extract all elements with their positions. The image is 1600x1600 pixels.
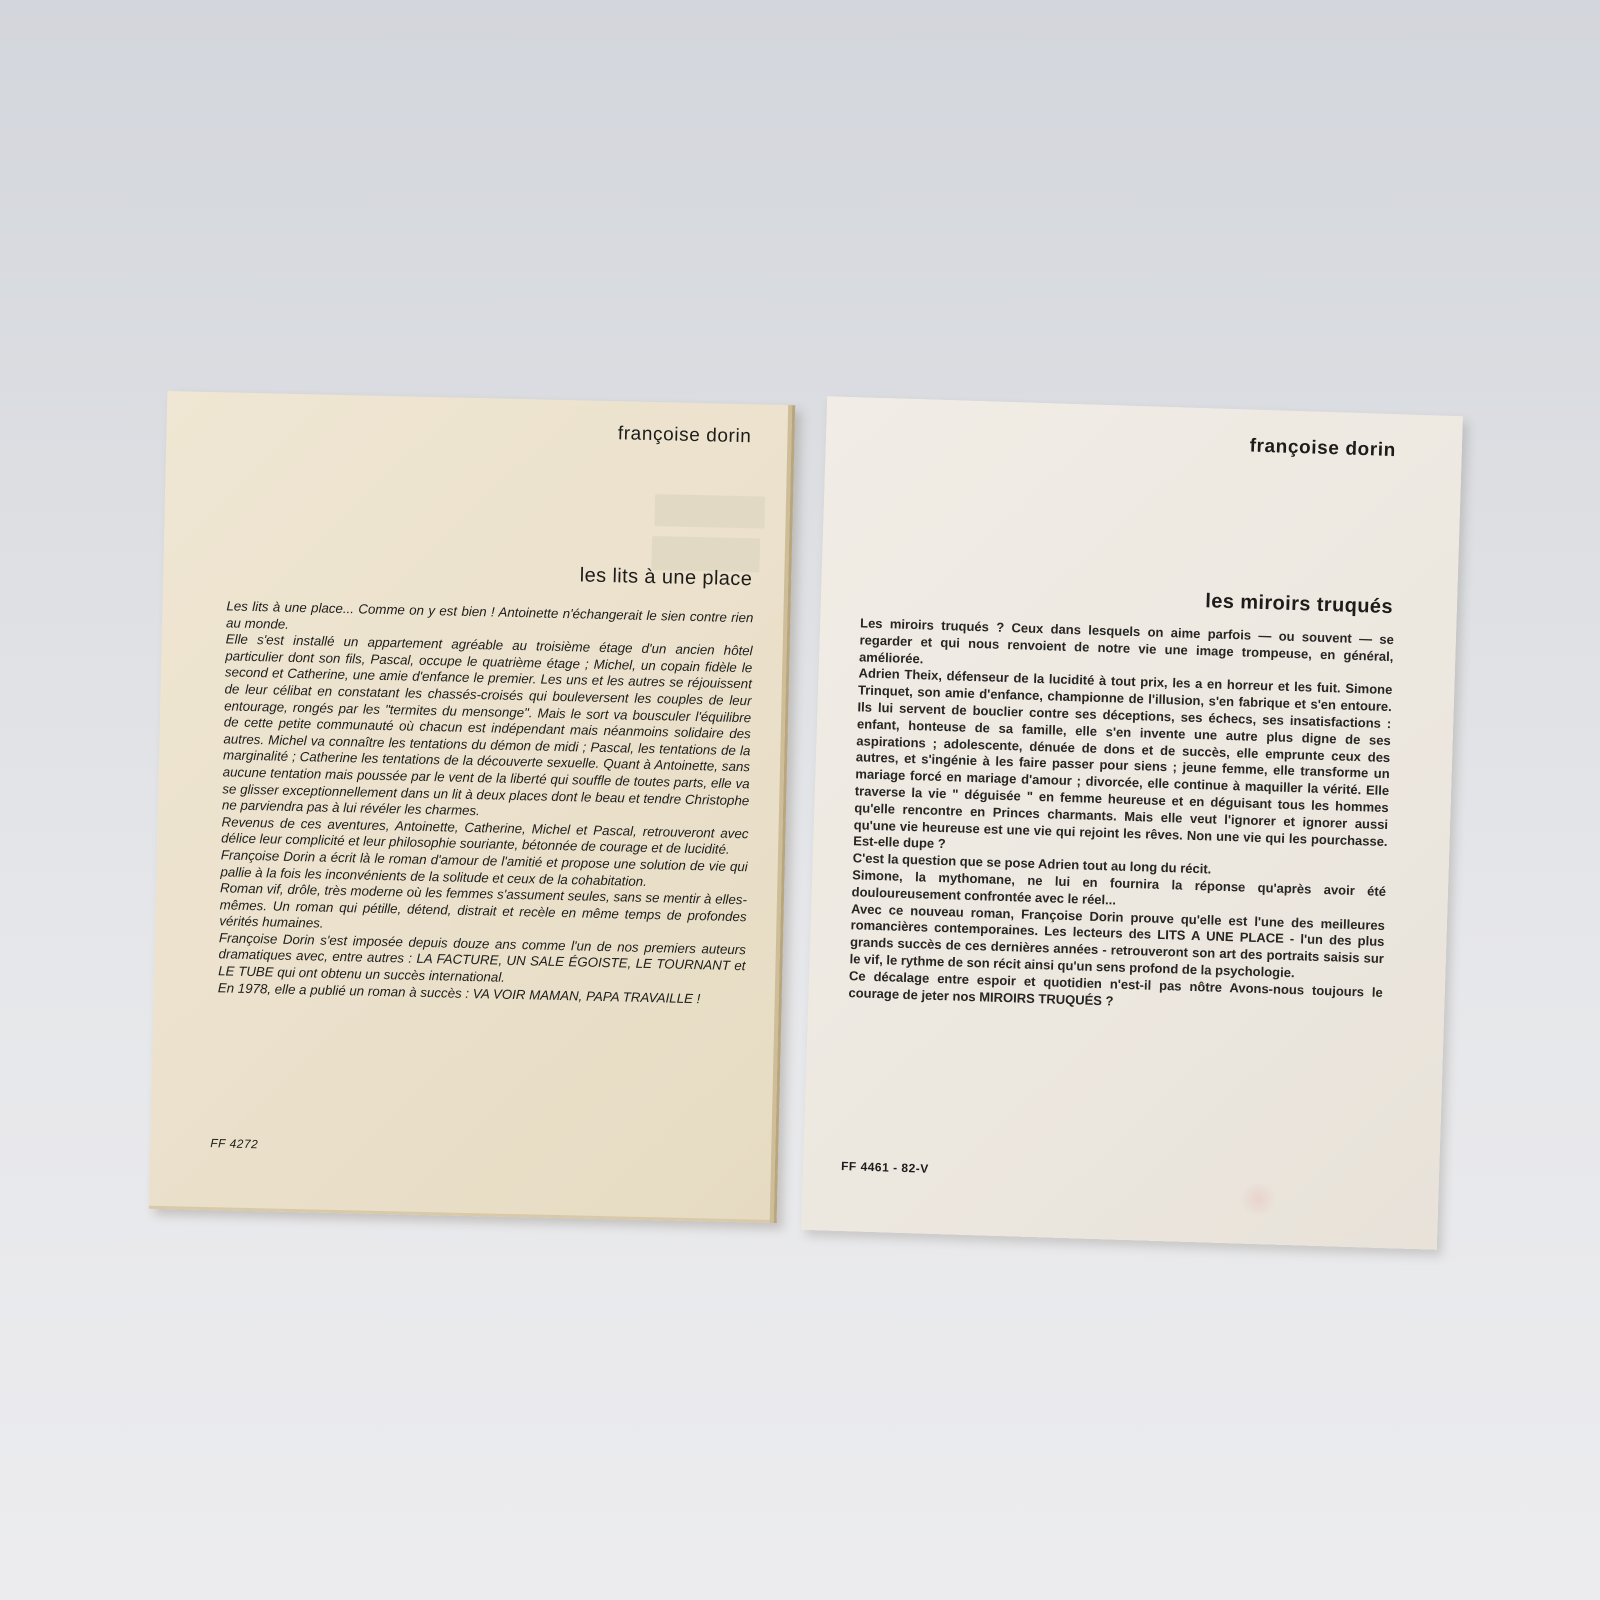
book-title: les lits à une place [579,564,752,591]
book-title: les miroirs truqués [1205,590,1393,619]
catalog-code: FF 4272 [210,1136,258,1151]
cover-stain [1238,1184,1279,1215]
book-cover-les-lits-a-une-place: françoise dorin les lits à une place Les… [149,391,795,1223]
photo-scene: françoise dorin les lits à une place Les… [0,0,1600,1600]
catalog-code: FF 4461 - 82-V [841,1159,929,1176]
book-cover-les-miroirs-truques: françoise dorin les miroirs truqués Les … [801,396,1463,1250]
blurb-text: Les miroirs truqués ? Ceux dans lesquels… [848,615,1394,1018]
blurb-text: Les lits à une place... Comme on y est b… [218,598,754,1008]
author-name: françoise dorin [618,423,752,448]
price-sticker-residue [654,494,765,528]
blurb-paragraph: Elle s'est installé un appartement agréa… [222,632,753,826]
blurb-paragraph: Adrien Theix, défenseur de la lucidité à… [853,666,1393,867]
author-name: françoise dorin [1249,436,1396,463]
